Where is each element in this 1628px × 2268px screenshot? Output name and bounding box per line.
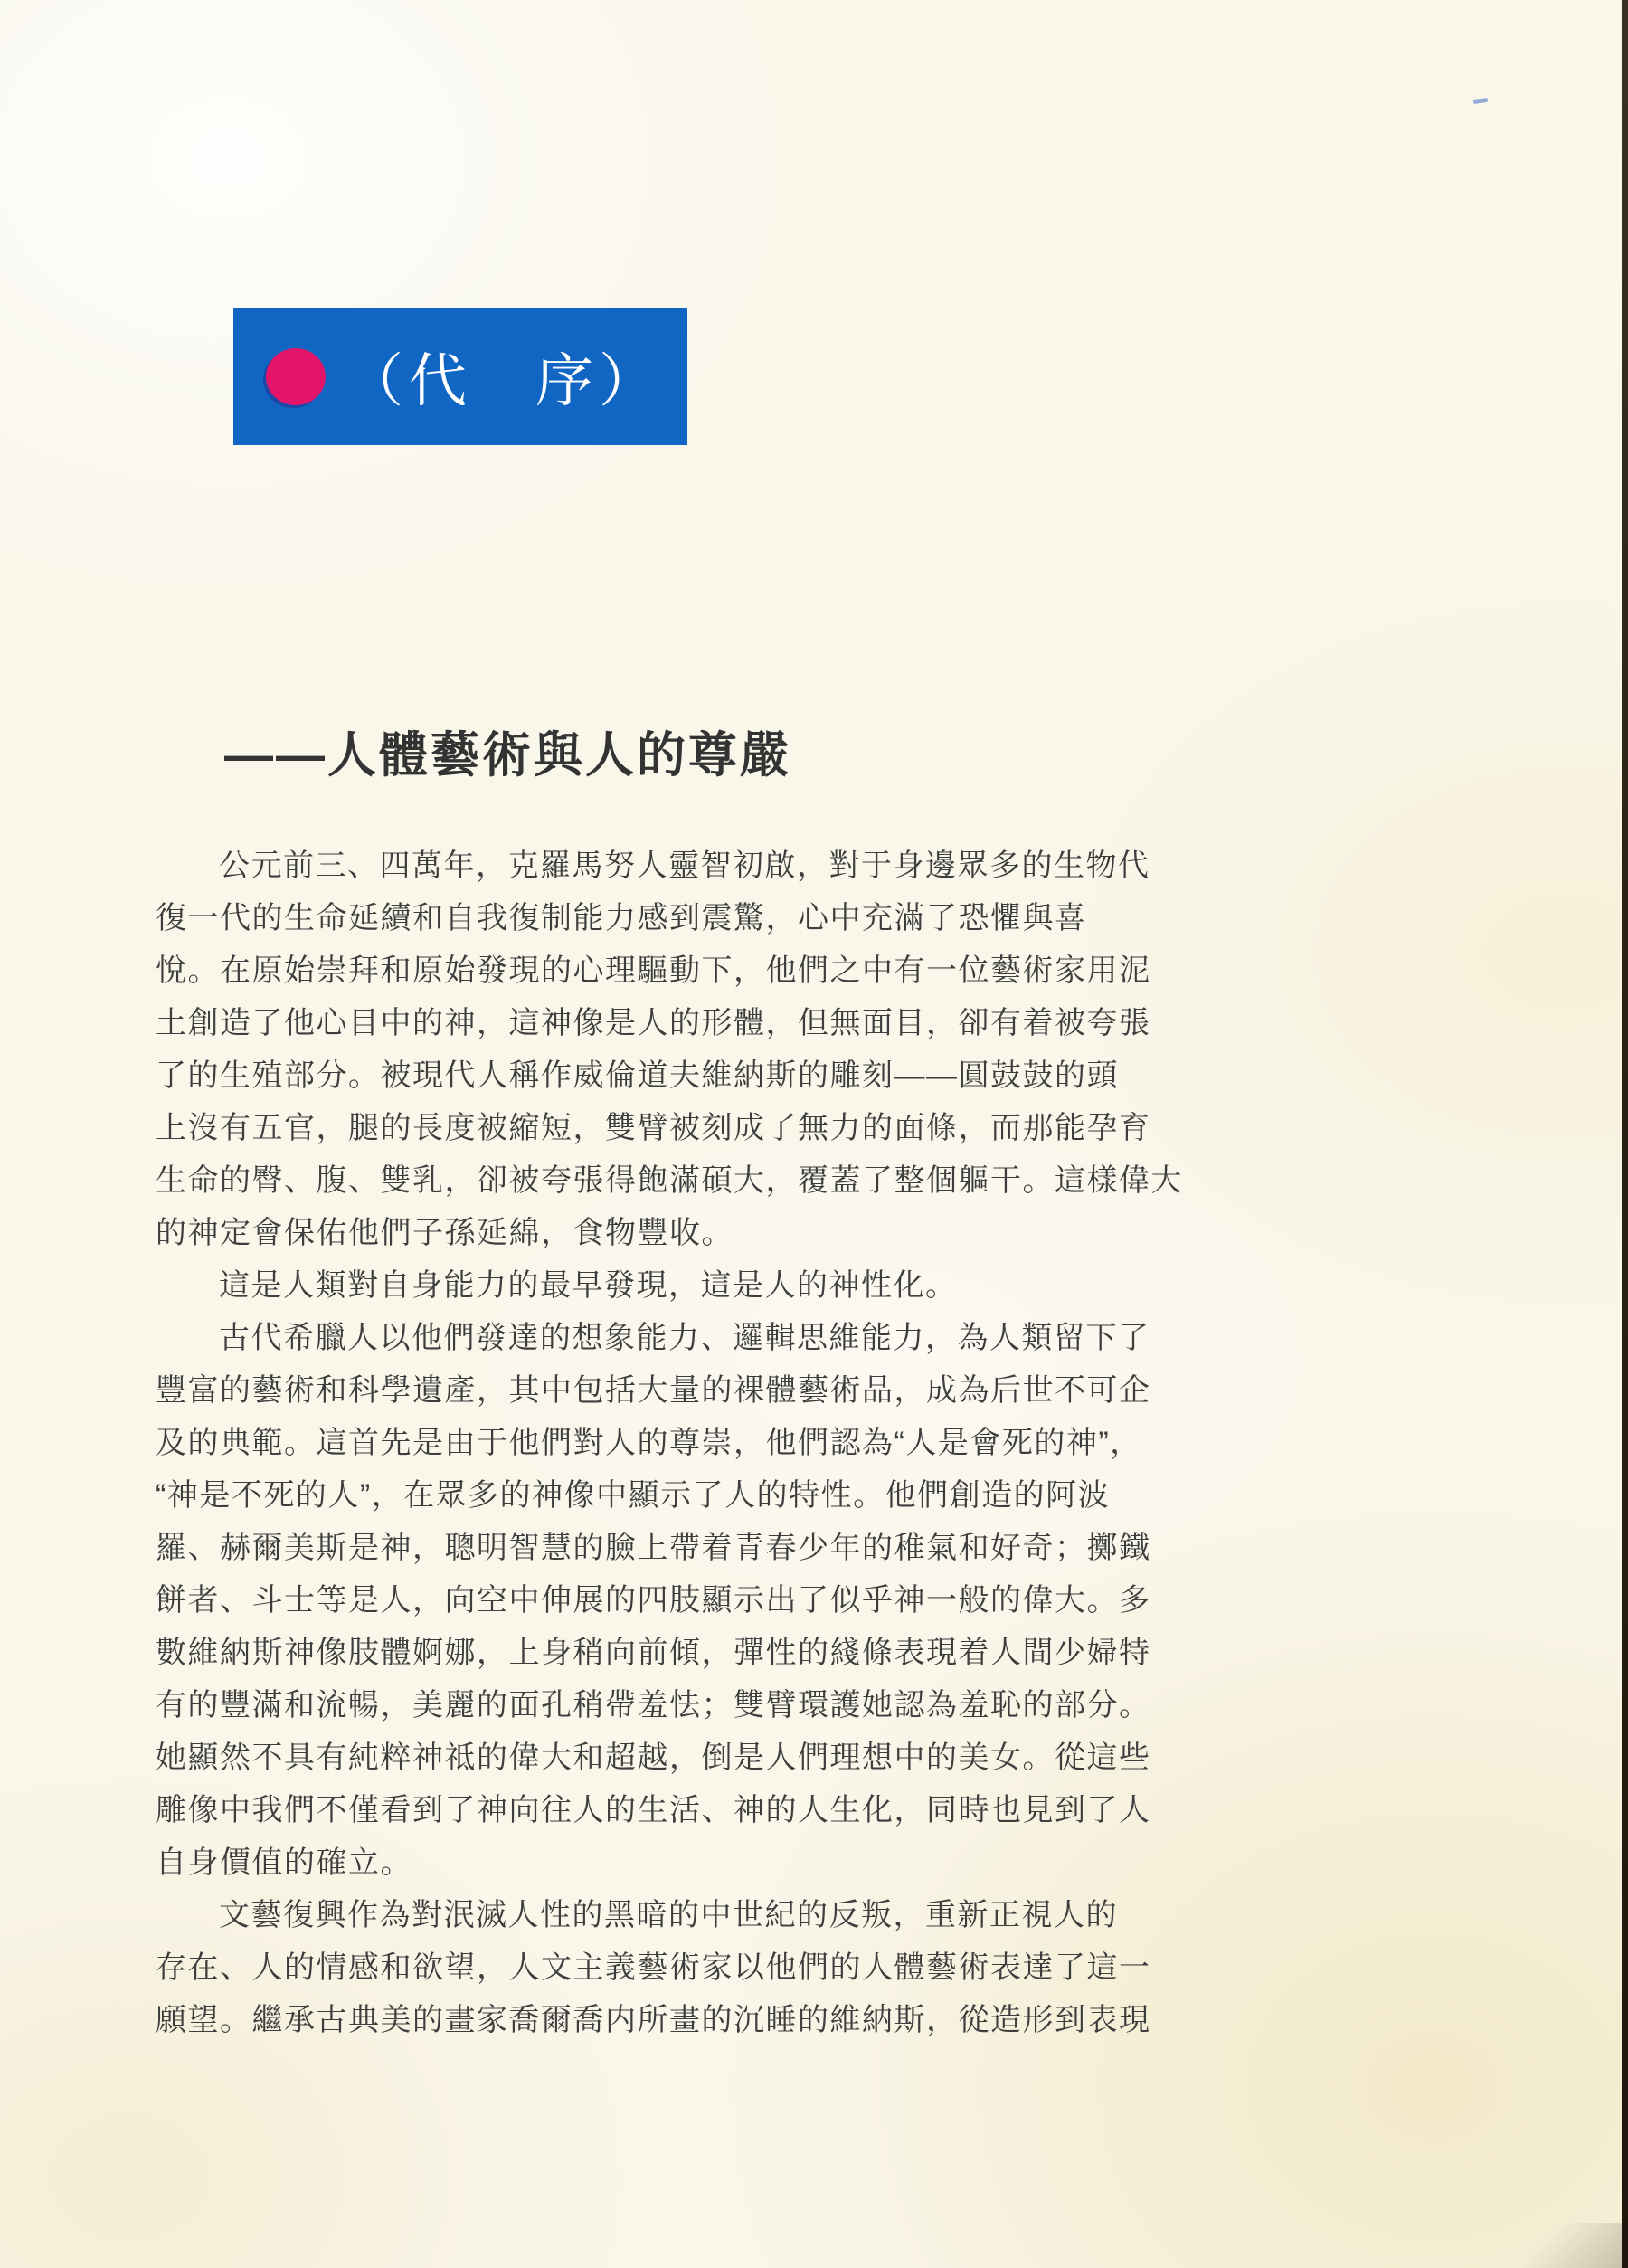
scan-edge-shadow bbox=[1622, 0, 1628, 2268]
text-line: 願望。繼承古典美的畫家喬爾喬内所畫的沉睡的維納斯，從造形到表現 bbox=[156, 1994, 1169, 2046]
text-line: 古代希臘人以他們發達的想象能力、邏輯思維能力，為人類留下了 bbox=[156, 1312, 1169, 1364]
text-line: 她顯然不具有純粹神祗的偉大和超越，倒是人們理想中的美女。從這些 bbox=[156, 1732, 1169, 1784]
section-subtitle: ——人體藝術與人的尊嚴 bbox=[224, 727, 791, 783]
text-line: 土創造了他心目中的神，這神像是人的形體，但無面目，卻有着被夸張 bbox=[156, 997, 1169, 1049]
text-line: 豐富的藝術和科學遺產，其中包括大量的裸體藝術品，成為后世不可企 bbox=[156, 1364, 1169, 1417]
text-line: 公元前三、四萬年，克羅馬努人靈智初啟，對于身邊眾多的生物代 bbox=[156, 840, 1169, 892]
text-line: “神是不死的人”，在眾多的神像中顯示了人的特性。他們創造的阿波 bbox=[156, 1469, 1169, 1522]
text-line: 雕像中我們不僅看到了神向往人的生活、神的人生化，同時也見到了人 bbox=[156, 1784, 1169, 1836]
text-line: 上沒有五官，腿的長度被縮短，雙臂被刻成了無力的面條，而那能孕育 bbox=[156, 1102, 1169, 1154]
body-text: 公元前三、四萬年，克羅馬努人靈智初啟，對于身邊眾多的生物代復一代的生命延續和自我… bbox=[156, 840, 1169, 2046]
text-line: 復一代的生命延續和自我復制能力感到震驚，心中充滿了恐懼與喜 bbox=[156, 892, 1169, 944]
text-line: 羅、赫爾美斯是神，聰明智慧的臉上帶着青春少年的稚氣和好奇；擲鐵 bbox=[156, 1522, 1169, 1574]
text-line: 及的典範。這首先是由于他們對人的尊崇，他們認為“人是會死的神”， bbox=[156, 1417, 1169, 1469]
text-line: 文藝復興作為對泯滅人性的黑暗的中世紀的反叛，重新正視人的 bbox=[156, 1889, 1169, 1941]
chapter-title: （代 序） bbox=[345, 335, 662, 418]
text-line: 悅。在原始崇拜和原始發現的心理驅動下，他們之中有一位藝術家用泥 bbox=[156, 944, 1169, 997]
chapter-header-band: （代 序） bbox=[233, 308, 687, 445]
text-line: 的神定會保佑他們子孫延綿，食物豐收。 bbox=[156, 1207, 1169, 1259]
text-line: 有的豐滿和流暢，美麗的面孔稍帶羞怯；雙臂環護她認為羞恥的部分。 bbox=[156, 1679, 1169, 1732]
page-corner-shadow bbox=[1393, 2223, 1628, 2268]
text-line: 存在、人的情感和欲望，人文主義藝術家以他們的人體藝術表達了這一 bbox=[156, 1941, 1169, 1994]
text-line: 數維納斯神像肢體婀娜，上身稍向前傾，彈性的綫條表現着人間少婦特 bbox=[156, 1627, 1169, 1679]
text-line: 自身價值的確立。 bbox=[156, 1836, 1169, 1889]
pink-dot-icon bbox=[266, 348, 326, 405]
text-line: 生命的臀、腹、雙乳，卻被夸張得飽滿碩大，覆蓋了整個軀干。這樣偉大 bbox=[156, 1154, 1169, 1207]
text-line: 了的生殖部分。被現代人稱作威倫道夫維納斯的雕刻——圓鼓鼓的頭 bbox=[156, 1049, 1169, 1102]
text-line: 餅者、斗士等是人，向空中伸展的四肢顯示出了似乎神一般的偉大。多 bbox=[156, 1574, 1169, 1627]
text-line: 這是人類對自身能力的最早發現，這是人的神性化。 bbox=[156, 1259, 1169, 1312]
